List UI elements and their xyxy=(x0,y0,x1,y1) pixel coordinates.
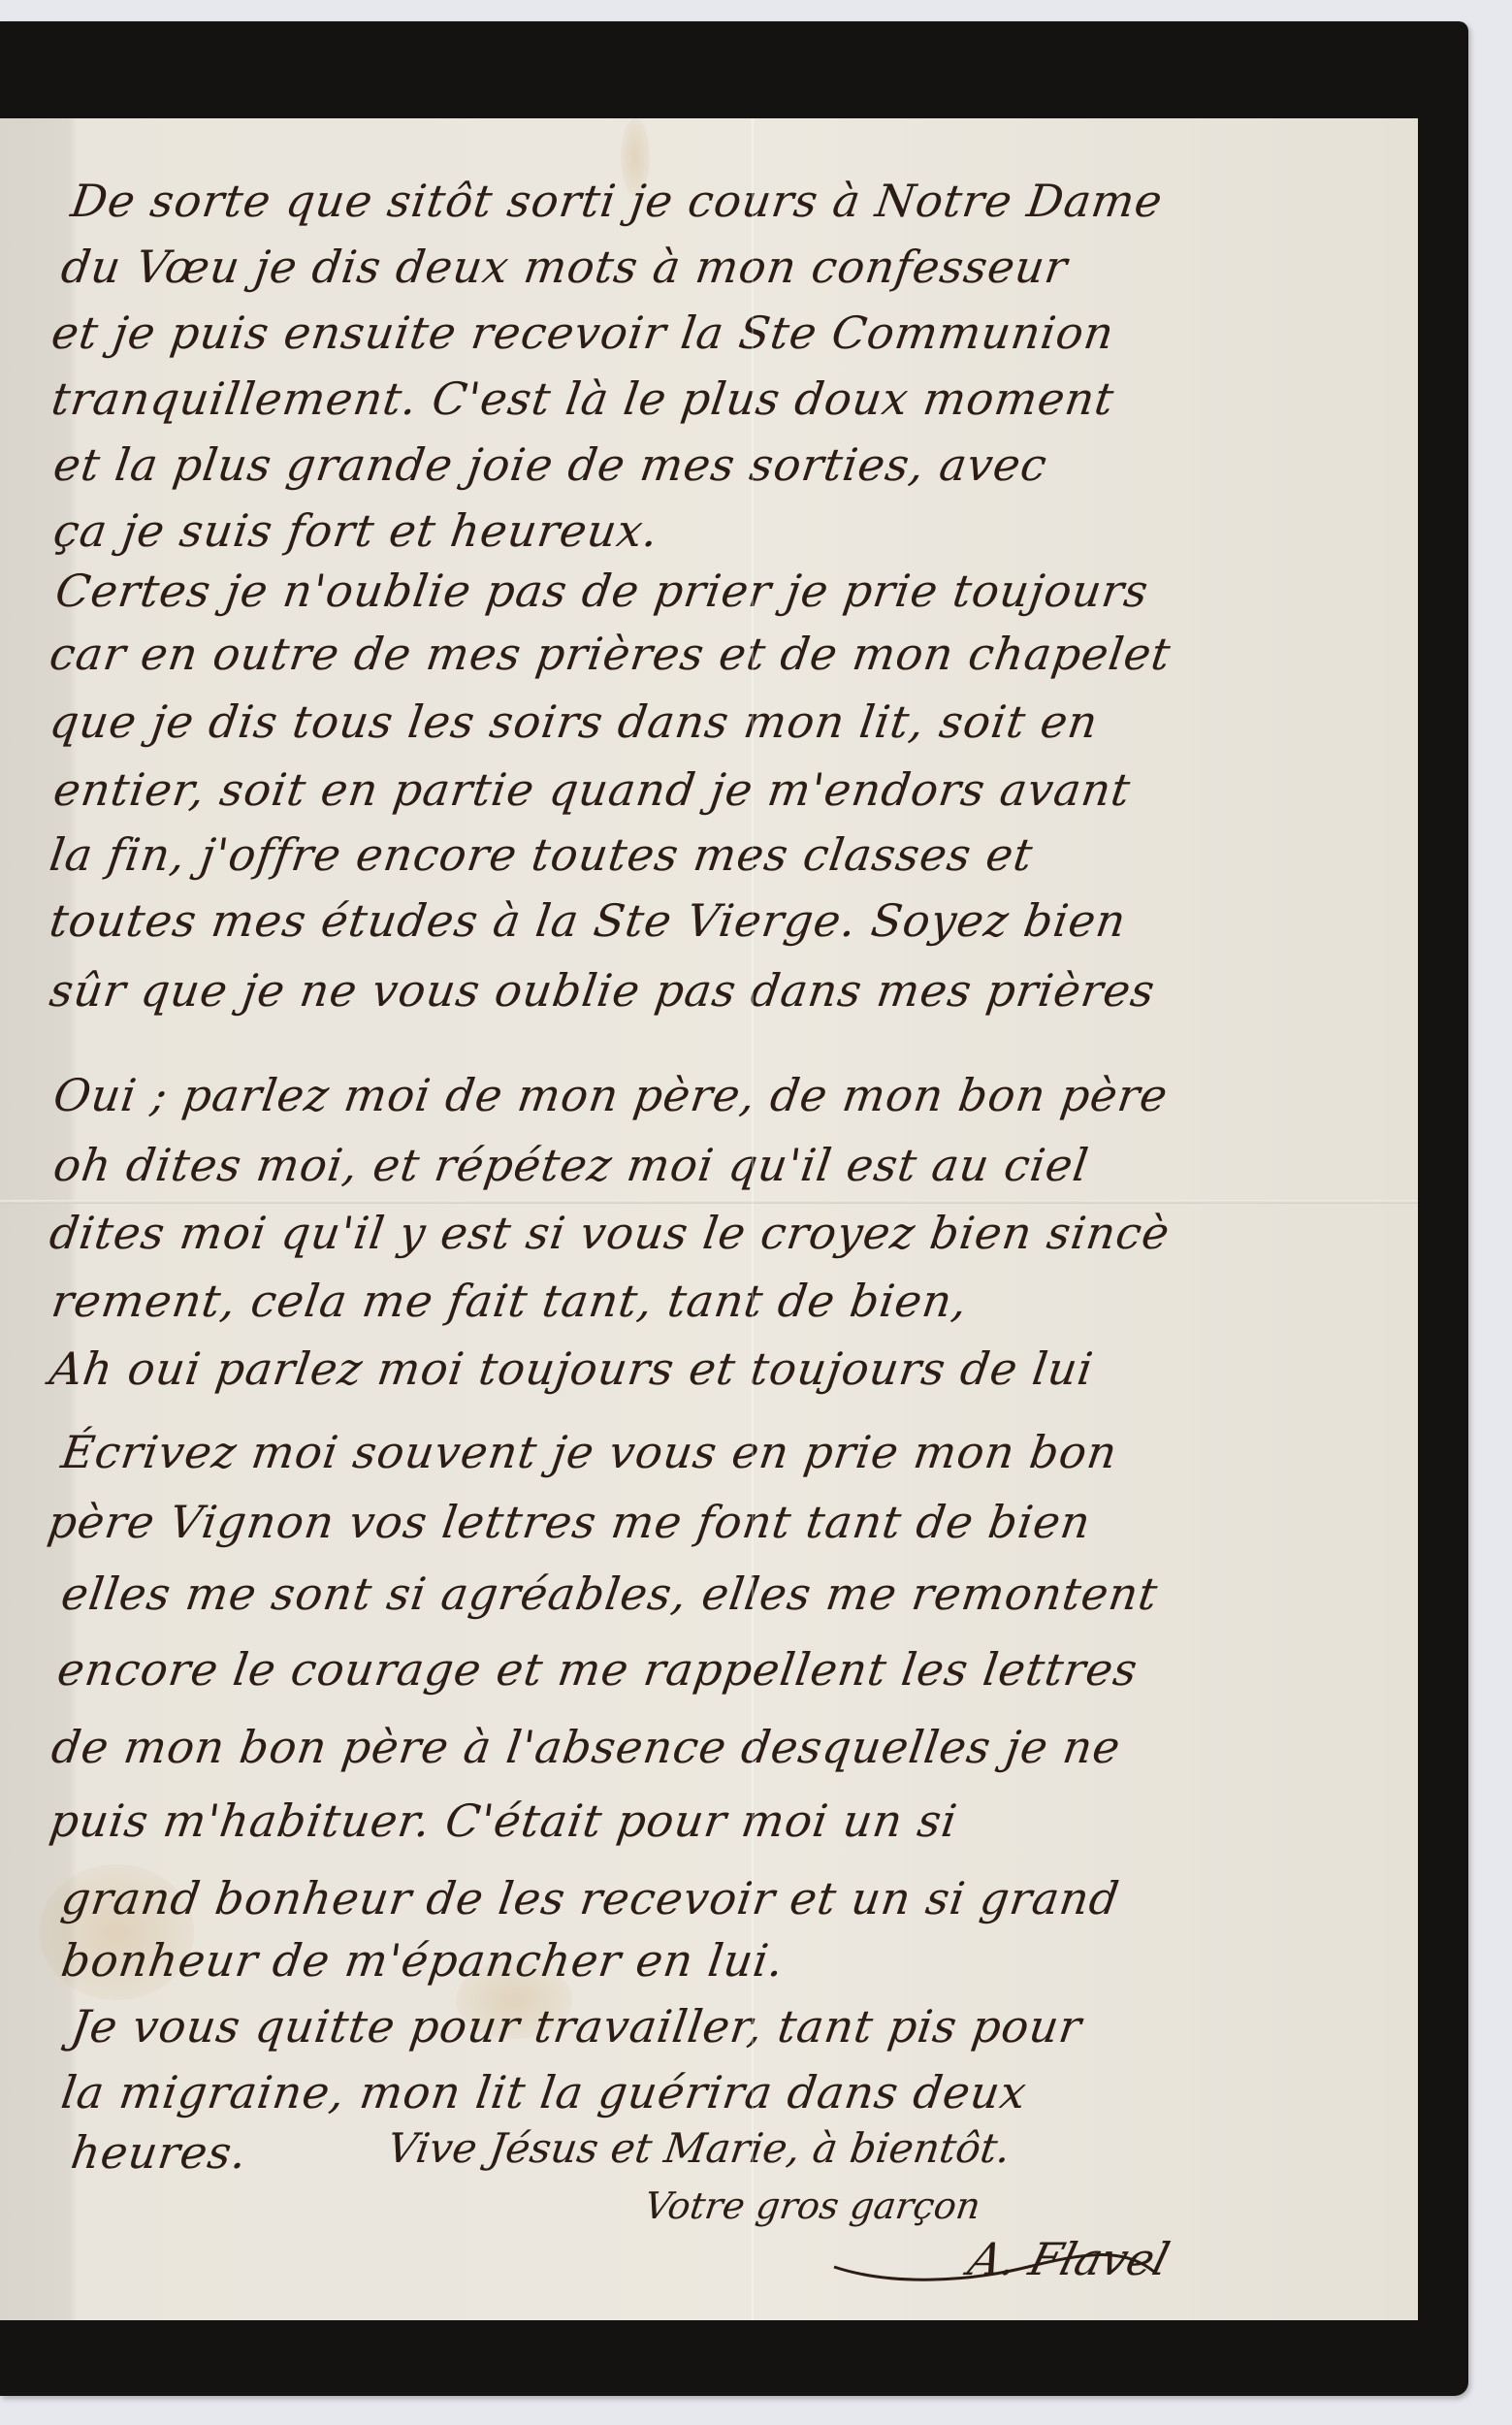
letter-line: bonheur de m'épancher en lui. xyxy=(58,1934,788,1987)
letter-line: toutes mes études à la Ste Vierge. Soyez… xyxy=(47,894,1130,947)
letter-line: puis m'habituer. C'était pour moi un si xyxy=(47,1794,961,1847)
letter-line: Écrivez moi souvent je vous en prie mon … xyxy=(58,1426,1121,1478)
letter-line: Certes je n'oublie pas de prier je prie … xyxy=(52,565,1152,617)
letter-line: père Vignon vos lettres me font tant de … xyxy=(45,1496,1094,1548)
letter-line: ça je suis fort et heureux. xyxy=(50,504,662,557)
letter-line: grand bonheur de les recevoir et un si g… xyxy=(58,1872,1123,1924)
letter-line: que je dis tous les soirs dans mon lit, … xyxy=(47,695,1102,748)
letter-line: entier, soit en partie quand je m'endors… xyxy=(50,763,1134,816)
signature-flourish-icon xyxy=(815,2228,1164,2286)
closing-salutation: Vive Jésus et Marie, à bientôt. xyxy=(385,2124,1013,2172)
letter-line: du Vœu je dis deux mots à mon confesseur xyxy=(58,241,1071,293)
letter-line: Ah oui parlez moi toujours et toujours d… xyxy=(47,1342,1097,1395)
letter-line: De sorte que sitôt sorti je cours à Notr… xyxy=(68,175,1166,227)
mourning-border: De sorte que sitôt sorti je cours à Notr… xyxy=(0,21,1468,2396)
letter-line: rement, cela me fait tant, tant de bien, xyxy=(48,1275,971,1327)
letter-line: la migraine, mon lit la guérira dans deu… xyxy=(58,2066,1030,2118)
letter-line: sûr que je ne vous oublie pas dans mes p… xyxy=(47,964,1159,1017)
letter-paper: De sorte que sitôt sorti je cours à Notr… xyxy=(0,118,1418,2320)
letter-line: et je puis ensuite recevoir la Ste Commu… xyxy=(48,307,1117,359)
letter-line: dites moi qu'il y est si vous le croyez … xyxy=(47,1207,1174,1259)
letter-line: oh dites moi, et répétez moi qu'il est a… xyxy=(50,1139,1092,1191)
letter-line: la fin, j'offre encore toutes mes classe… xyxy=(47,828,1037,881)
valediction: Votre gros garçon xyxy=(642,2184,983,2227)
letter-line: encore le courage et me rappellent les l… xyxy=(54,1643,1142,1696)
letter-line: car en outre de mes prières et de mon ch… xyxy=(47,628,1174,680)
letter-line: tranquillement. C'est là le plus doux mo… xyxy=(48,372,1117,425)
letter-line: Je vous quitte pour travailler, tant pis… xyxy=(68,2000,1085,2053)
letter-line: et la plus grande joie de mes sorties, a… xyxy=(50,438,1050,491)
letter-line: Oui ; parlez moi de mon père, de mon bon… xyxy=(50,1069,1172,1121)
letter-line: elles me sont si agréables, elles me rem… xyxy=(58,1568,1161,1620)
letter-line: de mon bon père à l'absence desquelles j… xyxy=(48,1721,1124,1773)
letter-line: heures. xyxy=(68,2126,251,2179)
